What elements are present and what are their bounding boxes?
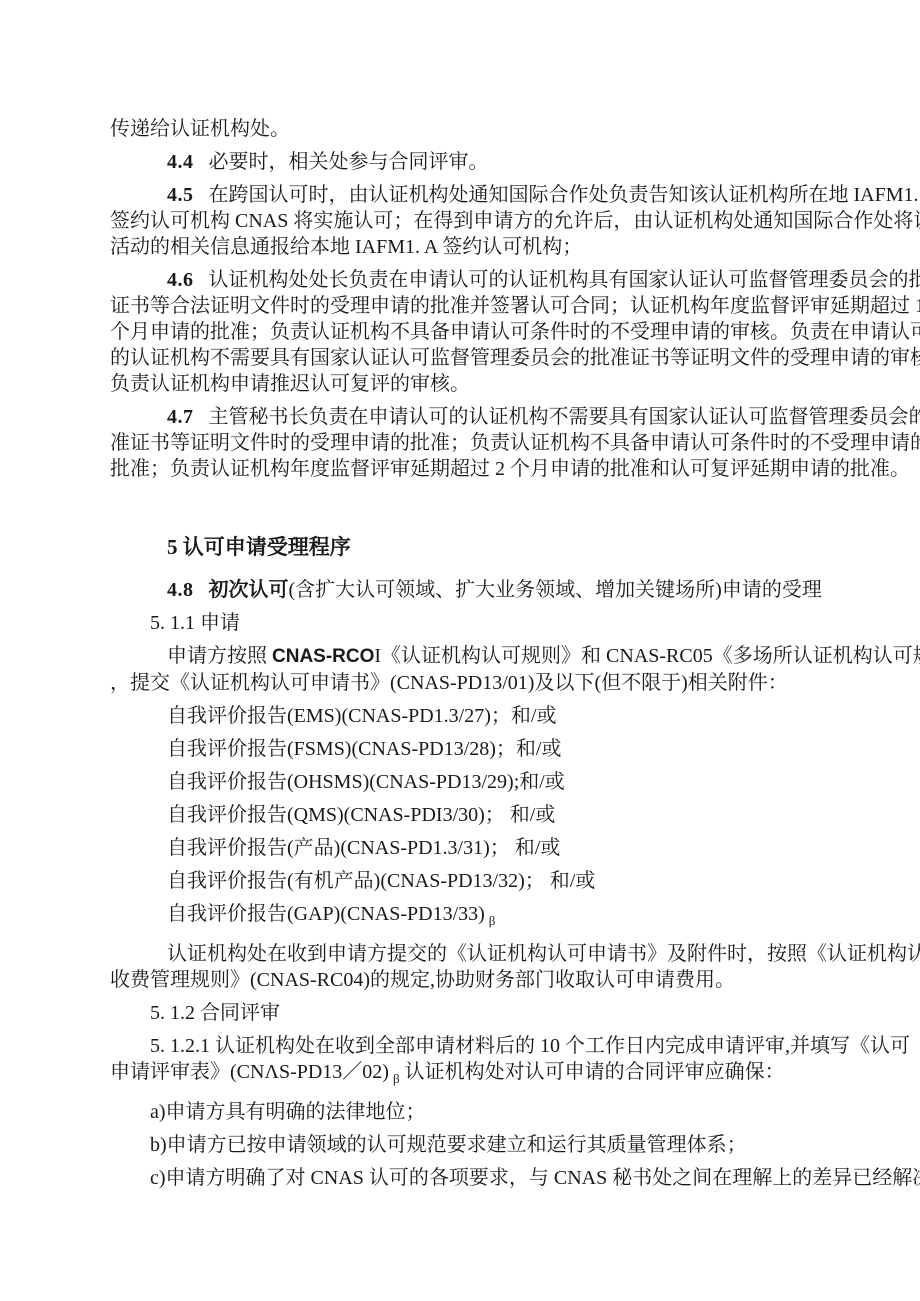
subheading-bold: 初次认可 bbox=[209, 579, 289, 601]
body-line: ，提交《认证机构认可申请书》(CNAS-PD13/01)及以下(但不限于)相关附… bbox=[110, 670, 822, 696]
body-line: 自我评价报告(OHSMS)(CNAS-PD13/29);和/或 bbox=[110, 769, 822, 795]
section-text: 必要时，相关处参与合同评审。 bbox=[209, 151, 489, 173]
body-line: 自我评价报告(FSMS)(CNAS-PD13/28)；和/或 bbox=[110, 736, 822, 762]
paragraph-apply: 申请方按照 CNAS-RCOI《认证机构认可规则》和 CNAS-RC05《多场所… bbox=[110, 643, 822, 696]
report-item-ohsms: 自我评价报告(OHSMS)(CNAS-PD13/29);和/或 bbox=[110, 769, 822, 795]
apply-post: I《认证机构认可规则》和 CNAS-RC05《多场所认证机构认可规则》 bbox=[374, 645, 920, 667]
section-text: 认证机构处处长负责在申请认可的认证机构具有国家认证认可监督管理委员会的批准 bbox=[209, 269, 920, 291]
body-line: 申请方按照 CNAS-RCOI《认证机构认可规则》和 CNAS-RC05《多场所… bbox=[110, 643, 822, 670]
body-line: 自我评价报告(EMS)(CNAS-PD1.3/27)；和/或 bbox=[110, 703, 822, 729]
body-line: 认证机构处在收到申请方提交的《认证机构认可申请书》及附件时，按照《认证机构认可 bbox=[110, 941, 822, 967]
body-line: 4.8初次认可(含扩大认可领域、扩大业务领域、增加关键场所)申请的受理 bbox=[110, 577, 822, 603]
section-number: 4.4 bbox=[167, 151, 194, 173]
body-line: 的认证机构不需要具有国家认证认可监督管理委员会的批准证书等证明文件的受理申请的审… bbox=[110, 345, 822, 371]
body-line: 4.4必要时，相关处参与合同评审。 bbox=[110, 149, 822, 175]
section-number: 4.5 bbox=[167, 184, 194, 206]
section-number: 4.6 bbox=[167, 269, 194, 291]
body-line: 4.6认证机构处处长负责在申请认可的认证机构具有国家认证认可监督管理委员会的批准 bbox=[110, 267, 822, 293]
body-line: 个月申请的批准；负责认证机构不具备申请认可条件时的不受理申请的审核。负责在申请认… bbox=[110, 319, 822, 345]
report-item-gap: 自我评价报告(GAP)(CNAS-PD13/33)β bbox=[110, 901, 822, 934]
body-line: 4.5在跨国认可时，由认证机构处通知国际合作处负责告知该认证机构所在地 IAFM… bbox=[110, 182, 822, 208]
list-item-b: b)申请方已按申请领域的认可规范要求建立和运行其质量管理体系； bbox=[110, 1132, 822, 1158]
body-line: 5. 1.2.1 认证机构处在收到全部申请材料后的 10 个工作日内完成申请评审… bbox=[110, 1033, 822, 1059]
paragraph-5-1-2: 5. 1.2 合同评审 bbox=[110, 1000, 822, 1026]
body-line: a)申请方具有明确的法律地位； bbox=[110, 1099, 822, 1125]
subheading-rest: (含扩大认可领域、扩大业务领域、增加关键场所)申请的受理 bbox=[289, 579, 822, 601]
body-line: 准证书等证明文件时的受理申请的批准；负责认证机构不具备申请认可条件时的不受理申请… bbox=[110, 430, 822, 456]
subscript-beta: β bbox=[389, 1071, 400, 1086]
report-item-product: 自我评价报告(产品)(CNAS-PD1.3/31)； 和/或 bbox=[110, 835, 822, 861]
body-line: 申请评审表》(CNΛS-PD13／02)β 认证机构处对认可申请的合同评审应确保… bbox=[110, 1059, 822, 1092]
paragraph-4-6: 4.6认证机构处处长负责在申请认可的认证机构具有国家认证认可监督管理委员会的批准… bbox=[110, 267, 822, 397]
body-line: b)申请方已按申请领域的认可规范要求建立和运行其质量管理体系； bbox=[110, 1132, 822, 1158]
review-form-text: 申请评审表》(CNΛS-PD13／02) bbox=[110, 1061, 389, 1083]
document-content: 传递给认证机构处。 4.4必要时，相关处参与合同评审。 4.5在跨国认可时，由认… bbox=[110, 116, 822, 1198]
body-line: 收费管理规则》(CNAS-RC04)的规定,协助财务部门收取认可申请费用。 bbox=[110, 967, 822, 993]
paragraph-continuation: 传递给认证机构处。 bbox=[110, 116, 822, 142]
paragraph-4-5: 4.5在跨国认可时，由认证机构处通知国际合作处负责告知该认证机构所在地 IAFM… bbox=[110, 182, 822, 260]
report-gap-text: 自我评价报告(GAP)(CNAS-PD13/33) bbox=[167, 903, 485, 925]
body-line: 传递给认证机构处。 bbox=[110, 116, 822, 142]
body-line: 批准；负责认证机构年度监督评审延期超过 2 个月申请的批准和认可复评延期申请的批… bbox=[110, 456, 822, 482]
report-item-organic: 自我评价报告(有机产品)(CNAS-PD13/32)； 和/或 bbox=[110, 868, 822, 894]
section-text: 主管秘书长负责在申请认可的认证机构不需要具有国家认证认可监督管理委员会的批 bbox=[209, 406, 920, 428]
body-line: c)申请方明确了对 CNAS 认可的各项要求，与 CNAS 秘书处之间在理解上的… bbox=[110, 1165, 822, 1191]
body-line: 负责认证机构申请推迟认可复评的审核。 bbox=[110, 371, 822, 397]
body-line: 活动的相关信息通报给本地 IAFM1. A 签约认可机构； bbox=[110, 234, 822, 260]
body-line: 证书等合法证明文件时的受理申请的批准并签署认可合同；认证机构年度监督评审延期超过… bbox=[110, 293, 822, 319]
document-page: 传递给认证机构处。 4.4必要时，相关处参与合同评审。 4.5在跨国认可时，由认… bbox=[0, 0, 920, 1301]
paragraph-4-7: 4.7主管秘书长负责在申请认可的认证机构不需要具有国家认证认可监督管理委员会的批… bbox=[110, 404, 822, 482]
paragraph-5-1-1: 5. 1.1 申请 bbox=[110, 610, 822, 636]
body-line: 5. 1.1 申请 bbox=[110, 610, 822, 636]
report-item-ems: 自我评价报告(EMS)(CNAS-PD1.3/27)；和/或 bbox=[110, 703, 822, 729]
report-item-qms: 自我评价报告(QMS)(CNAS-PDI3/30)； 和/或 bbox=[110, 802, 822, 828]
paragraph-4-4: 4.4必要时，相关处参与合同评审。 bbox=[110, 149, 822, 175]
body-line: 签约认可机构 CNAS 将实施认可；在得到申请方的允许后，由认证机构处通知国际合… bbox=[110, 208, 822, 234]
list-item-a: a)申请方具有明确的法律地位； bbox=[110, 1099, 822, 1125]
body-line: 自我评价报告(GAP)(CNAS-PD13/33)β bbox=[110, 901, 822, 934]
heading-section-5: 5 认可申请受理程序 bbox=[110, 534, 822, 561]
body-line: 4.7主管秘书长负责在申请认可的认证机构不需要具有国家认证认可监督管理委员会的批 bbox=[110, 404, 822, 430]
section-number: 4.8 bbox=[167, 579, 194, 601]
body-line: 自我评价报告(QMS)(CNAS-PDI3/30)； 和/或 bbox=[110, 802, 822, 828]
paragraph-4-8: 4.8初次认可(含扩大认可领域、扩大业务领域、增加关键场所)申请的受理 bbox=[110, 577, 822, 603]
list-item-c: c)申请方明确了对 CNAS 认可的各项要求，与 CNAS 秘书处之间在理解上的… bbox=[110, 1165, 822, 1191]
section-number: 4.7 bbox=[167, 406, 194, 428]
review-form-rest: 认证机构处对认可申请的合同评审应确保： bbox=[400, 1061, 785, 1083]
report-item-fsms: 自我评价报告(FSMS)(CNAS-PD13/28)；和/或 bbox=[110, 736, 822, 762]
subscript-beta: β bbox=[485, 913, 496, 928]
body-line: 自我评价报告(有机产品)(CNAS-PD13/32)； 和/或 bbox=[110, 868, 822, 894]
apply-code: CNAS-RCO bbox=[272, 646, 374, 667]
body-line: 5. 1.2 合同评审 bbox=[110, 1000, 822, 1026]
body-line: 自我评价报告(产品)(CNAS-PD1.3/31)； 和/或 bbox=[110, 835, 822, 861]
paragraph-fee: 认证机构处在收到申请方提交的《认证机构认可申请书》及附件时，按照《认证机构认可 … bbox=[110, 941, 822, 993]
paragraph-5-1-2-1: 5. 1.2.1 认证机构处在收到全部申请材料后的 10 个工作日内完成申请评审… bbox=[110, 1033, 822, 1092]
section-text: 在跨国认可时，由认证机构处通知国际合作处负责告知该认证机构所在地 IAFM1. … bbox=[209, 184, 920, 206]
apply-pre: 申请方按照 bbox=[167, 645, 272, 667]
